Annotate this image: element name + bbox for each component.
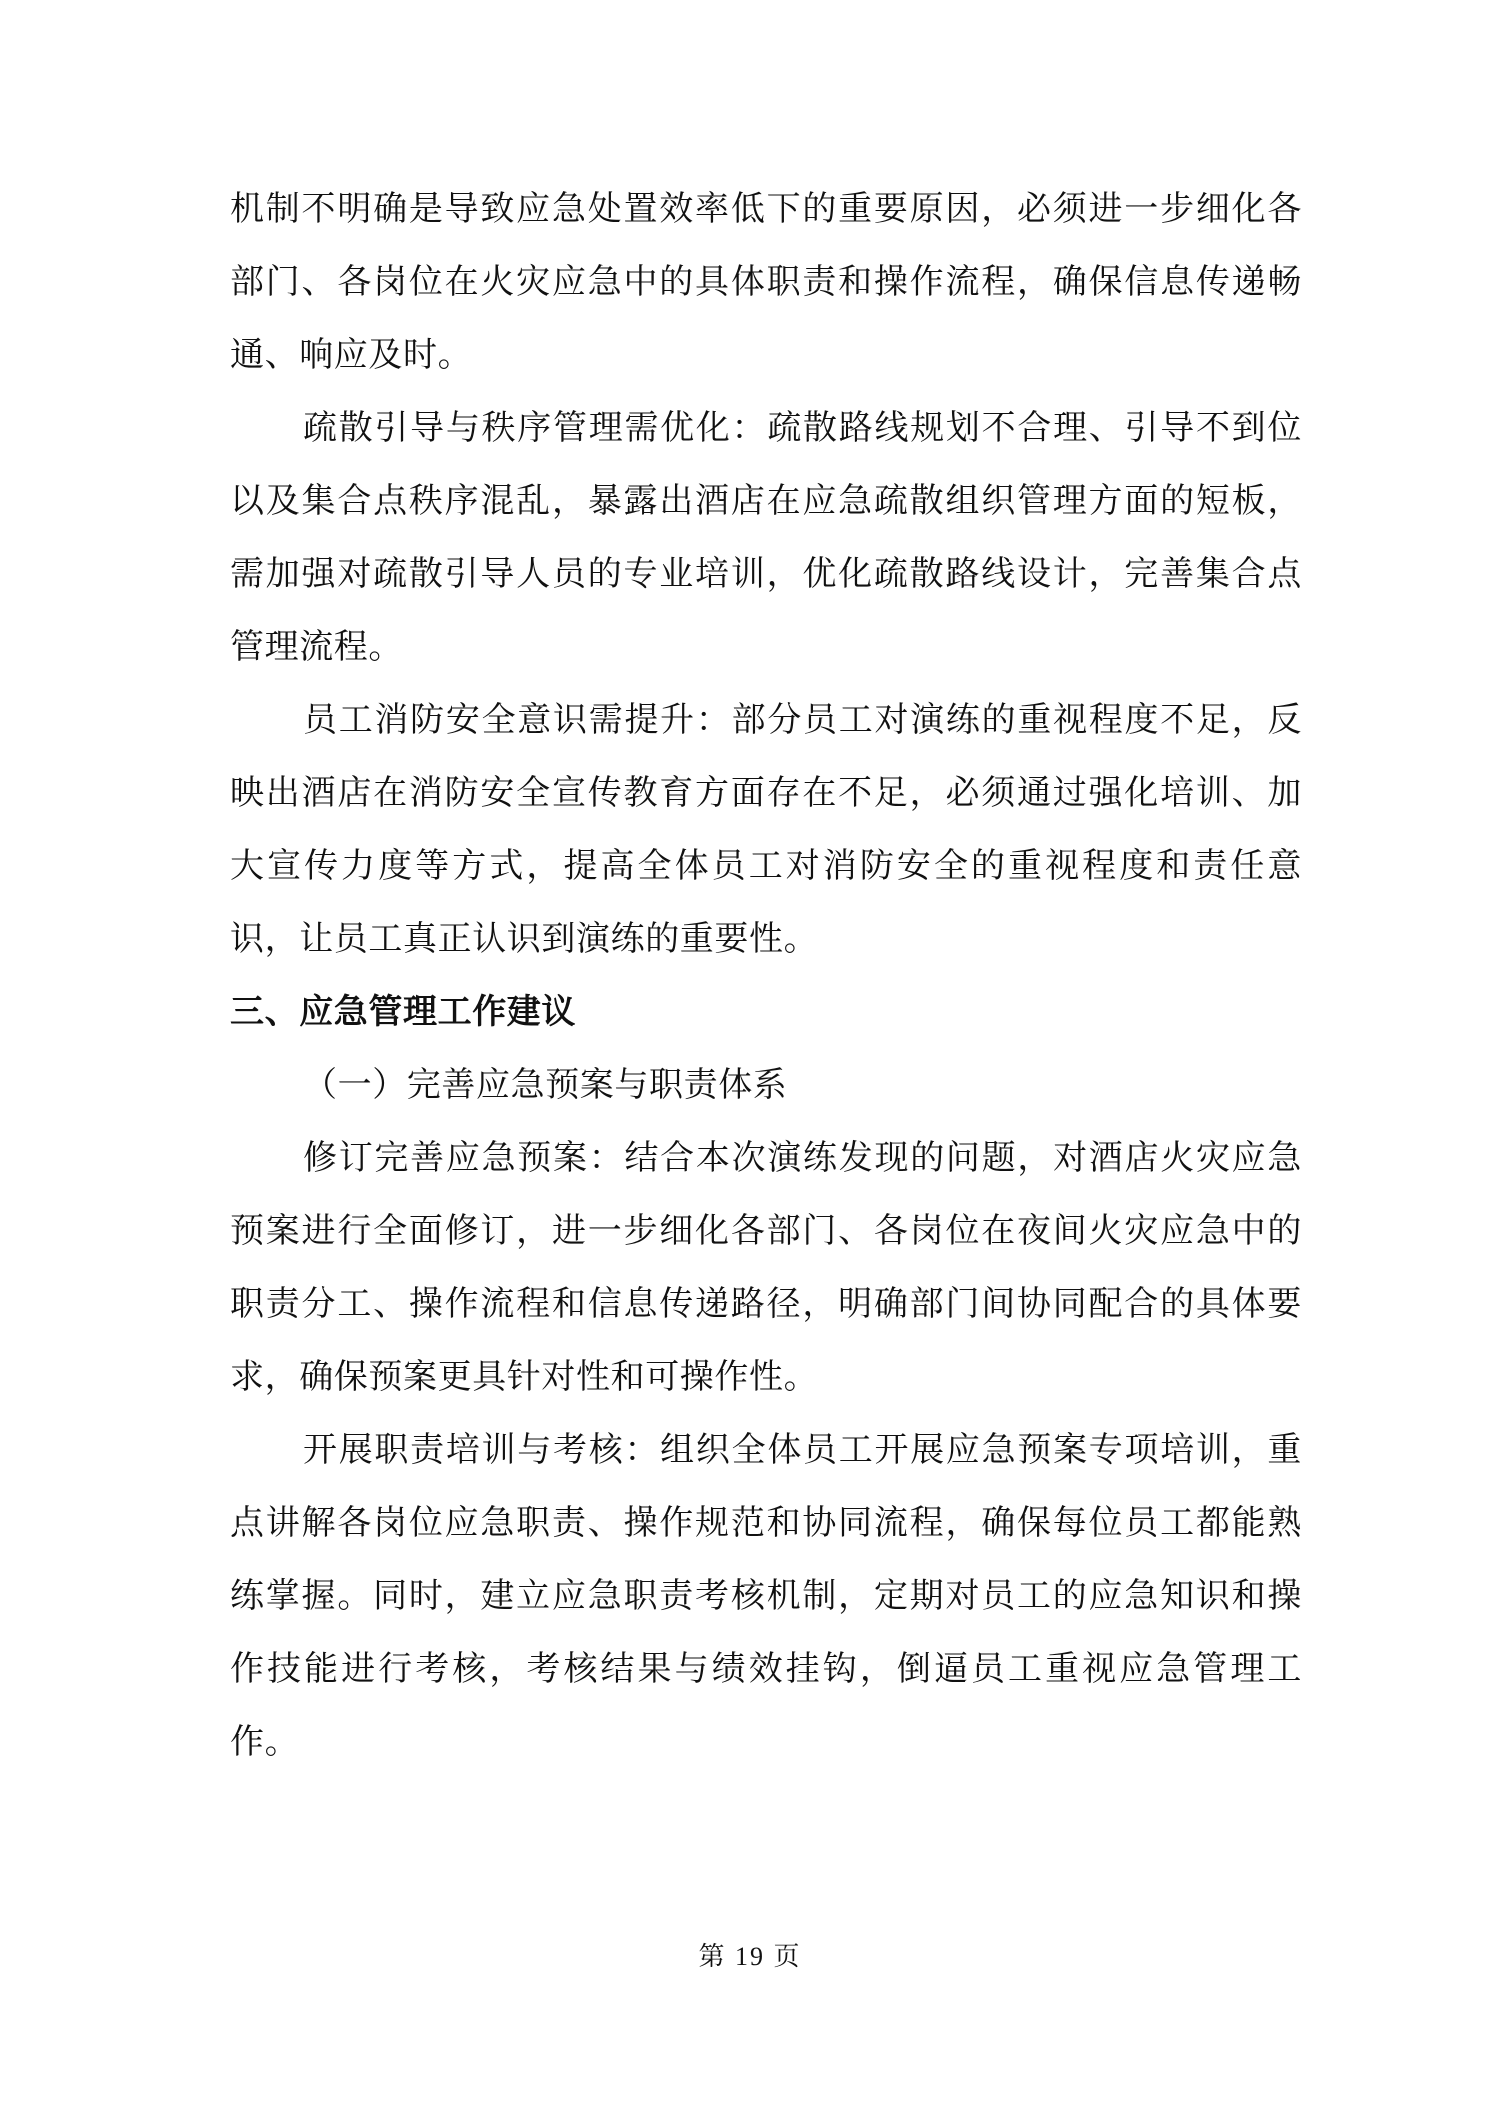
paragraph-revise-plan: 修订完善应急预案：结合本次演练发现的问题，对酒店火灾应急预案进行全面修订，进一步… xyxy=(230,1122,1302,1414)
document-page: 机制不明确是导致应急处置效率低下的重要原因，必须进一步细化各部门、各岗位在火灾应… xyxy=(0,0,1500,2121)
paragraph-evacuation-guidance: 疏散引导与秩序管理需优化：疏散路线规划不合理、引导不到位以及集合点秩序混乱，暴露… xyxy=(230,392,1302,684)
subsection-heading-3-1: （一）完善应急预案与职责体系 xyxy=(230,1049,1302,1122)
paragraph-duty-training: 开展职责培训与考核：组织全体员工开展应急预案专项培训，重点讲解各岗位应急职责、操… xyxy=(230,1414,1302,1779)
paragraph-responsibility-continuation: 机制不明确是导致应急处置效率低下的重要原因，必须进一步细化各部门、各岗位在火灾应… xyxy=(230,173,1302,392)
paragraph-safety-awareness: 员工消防安全意识需提升：部分员工对演练的重视程度不足，反映出酒店在消防安全宣传教… xyxy=(230,684,1302,976)
page-number-footer: 第 19 页 xyxy=(0,1940,1500,1974)
document-body: 机制不明确是导致应急处置效率低下的重要原因，必须进一步细化各部门、各岗位在火灾应… xyxy=(230,173,1302,1779)
section-heading-3: 三、应急管理工作建议 xyxy=(230,976,1302,1049)
